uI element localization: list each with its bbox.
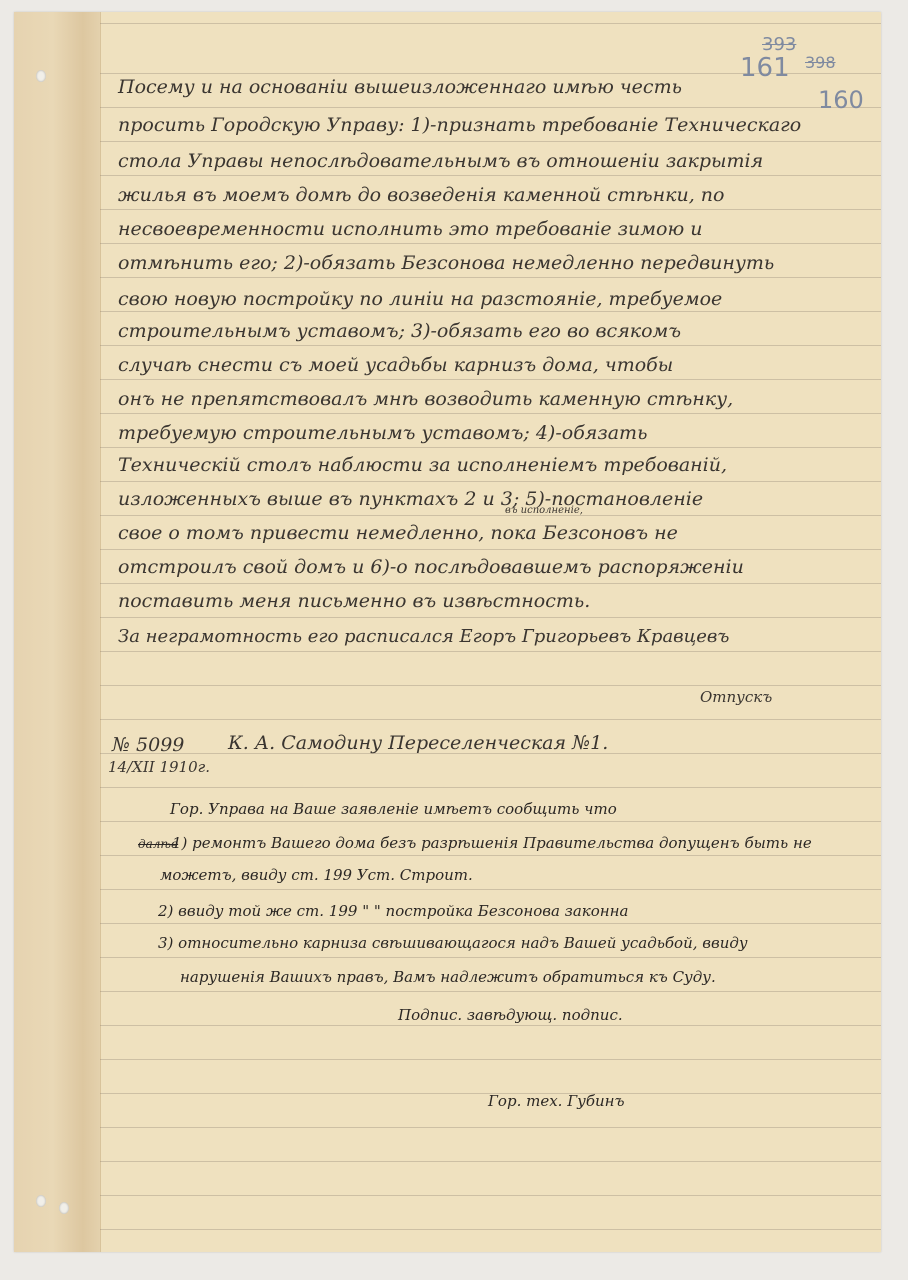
petition-line: отмѣнить его; 2)-обязать Безсонова немед… bbox=[118, 254, 774, 273]
signature-line: За неграмотность его расписался Егоръ Гр… bbox=[118, 628, 729, 646]
petition-line: онъ не препятствовалъ мнѣ возводить каме… bbox=[118, 390, 733, 409]
reply-addressee: К. А. Самодину Переселенческая №1. bbox=[228, 734, 608, 753]
reply-line: 1) ремонтъ Вашего дома безъ разрѣшенія П… bbox=[172, 836, 812, 851]
petition-line: случаѣ снести съ моей усадьбы карнизъ до… bbox=[118, 356, 673, 375]
petition-line: поставить меня письменно въ извѣстность. bbox=[118, 592, 590, 611]
petition-line: просить Городскую Управу: 1)-признать тр… bbox=[118, 116, 801, 135]
reply-line: можетъ, ввиду ст. 199 Уст. Строит. bbox=[160, 868, 473, 883]
reply-line: нарушенія Вашихъ правъ, Вамъ надлежитъ о… bbox=[180, 970, 716, 985]
petition-line: изложенныхъ выше въ пунктахъ 2 и 3; 5)-п… bbox=[118, 490, 703, 509]
reply-line: Гор. Управа на Ваше заявленіе имѣетъ соо… bbox=[170, 802, 617, 817]
petition-line: жилья въ моемъ домѣ до возведенія каменн… bbox=[118, 186, 724, 205]
petition-line: строительнымъ уставомъ; 3)-обязать его в… bbox=[118, 322, 681, 341]
punch-hole bbox=[36, 1195, 46, 1207]
dispatch-mark: Отпускъ bbox=[700, 690, 772, 705]
petition-line: требуемую строительнымъ уставомъ; 4)-обя… bbox=[118, 424, 647, 443]
punch-hole bbox=[59, 1202, 69, 1214]
reply-signature: Гор. тех. Губинъ bbox=[488, 1094, 625, 1109]
petition-line: несвоевременности исполнить это требован… bbox=[118, 220, 702, 239]
reply-date: 14/XII 1910г. bbox=[108, 760, 210, 775]
binding-strip bbox=[14, 12, 101, 1252]
punch-hole bbox=[36, 70, 46, 82]
reply-closing: Подпис. завѣдующ. подпис. bbox=[398, 1008, 623, 1023]
petition-line: Посему и на основаніи вышеизложеннаго им… bbox=[118, 78, 682, 97]
petition-line: Техническій столъ наблюсти за исполненіе… bbox=[118, 456, 727, 475]
folio-number: 161 bbox=[740, 55, 790, 81]
folio-number-lower: 160 bbox=[818, 88, 864, 112]
archive-number-crossed: 393 bbox=[762, 36, 796, 54]
reply-line: 2) ввиду той же ст. 199 " " постройка Бе… bbox=[158, 904, 629, 919]
petition-line: свое о томъ привести немедленно, пока Бе… bbox=[118, 524, 678, 543]
reply-number: № 5099 bbox=[112, 736, 184, 755]
petition-line: стола Управы непослѣдовательнымъ въ отно… bbox=[118, 152, 763, 171]
petition-line: отстроилъ свой домъ и 6)-о послѣдовавшем… bbox=[118, 558, 744, 577]
reply-line: 3) относительно карниза свѣшивающагося н… bbox=[158, 936, 748, 951]
petition-line: свою новую постройку по линіи на разстоя… bbox=[118, 290, 722, 309]
archive-number-secondary: 398 bbox=[805, 55, 836, 71]
insertion-above: въ исполненіе, bbox=[505, 506, 583, 516]
